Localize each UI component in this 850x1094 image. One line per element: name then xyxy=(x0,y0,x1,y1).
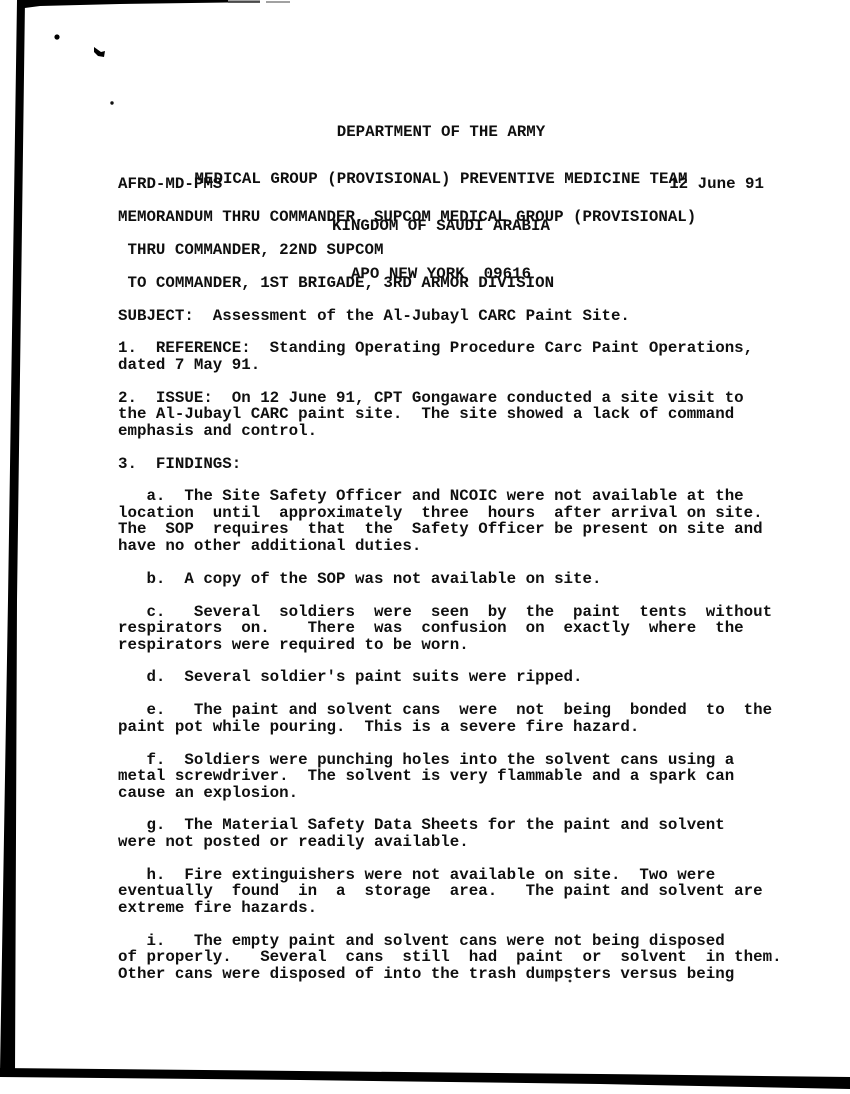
finding-g: g. The Material Safety Data Sheets for t… xyxy=(118,817,764,850)
memorandum-thru-line: MEMORANDUM THRU COMMANDER, SUPCOM MEDICA… xyxy=(118,209,764,225)
scan-edge-left xyxy=(0,0,25,1074)
finding-a: a. The Site Safety Officer and NCOIC wer… xyxy=(118,488,764,554)
office-symbol: AFRD-MD-PMS xyxy=(118,176,222,192)
ink-speck xyxy=(54,34,59,39)
scan-edge-top xyxy=(17,0,228,9)
ink-speck xyxy=(94,47,105,57)
scan-edge-top-fade xyxy=(228,1,260,3)
findings-heading: 3. FINDINGS: xyxy=(118,456,764,472)
finding-c: c. Several soldiers were seen by the pai… xyxy=(118,604,764,653)
finding-d: d. Several soldier's paint suits were ri… xyxy=(118,669,764,685)
finding-b: b. A copy of the SOP was not available o… xyxy=(118,571,764,587)
subject-line: SUBJECT: Assessment of the Al-Jubayl CAR… xyxy=(118,308,764,324)
ink-speck xyxy=(110,101,113,104)
office-symbol-date-row: AFRD-MD-PMS 12 June 91 xyxy=(118,176,764,192)
scan-edge-top-fade xyxy=(266,1,290,3)
paragraph-reference: 1. REFERENCE: Standing Operating Procedu… xyxy=(118,340,764,373)
letterhead-department-line: DEPARTMENT OF THE ARMY xyxy=(118,125,764,141)
paragraph-issue: 2. ISSUE: On 12 June 91, CPT Gongaware c… xyxy=(118,390,764,439)
finding-i: i. The empty paint and solvent cans were… xyxy=(118,933,764,982)
scan-edge-bottom xyxy=(0,1068,850,1089)
finding-h: h. Fire extinguishers were not available… xyxy=(118,867,764,916)
thru-line: THRU COMMANDER, 22ND SUPCOM xyxy=(118,242,764,258)
to-line: TO COMMANDER, 1ST BRIGADE, 3RD ARMOR DIV… xyxy=(118,275,764,291)
memo-body: AFRD-MD-PMS 12 June 91 MEMORANDUM THRU C… xyxy=(118,176,764,998)
scanned-memo-page: DEPARTMENT OF THE ARMY MEDICAL GROUP (PR… xyxy=(0,0,850,1094)
finding-f: f. Soldiers were punching holes into the… xyxy=(118,752,764,801)
memo-date: 12 June 91 xyxy=(669,176,764,192)
finding-e: e. The paint and solvent cans were not b… xyxy=(118,702,764,735)
